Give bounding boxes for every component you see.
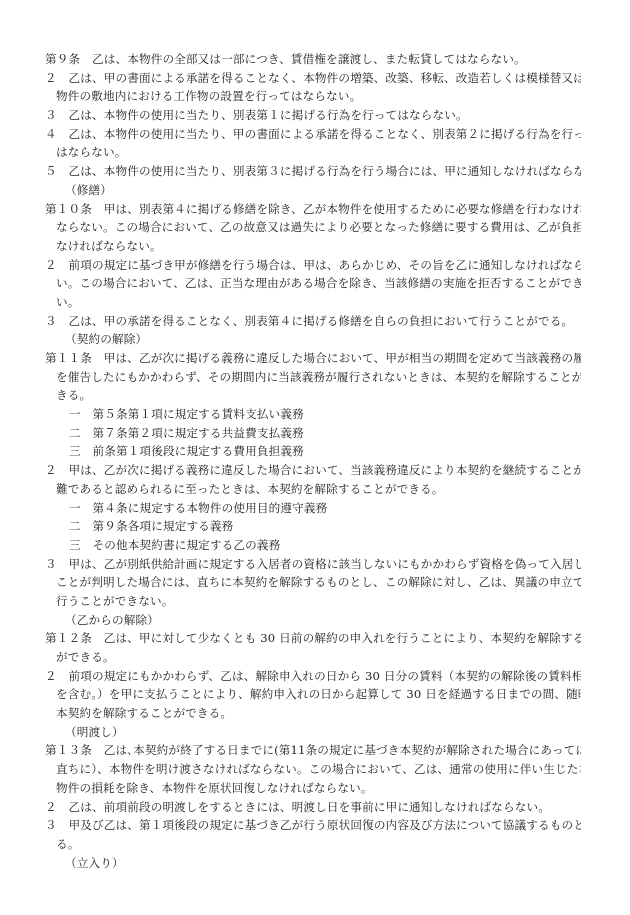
document-line: ２ 乙は、甲の書面による承諾を得ることなく、本物件の増築、改築、移転、改造若しく… [45,69,581,88]
document-line: る。 [45,835,581,854]
section-heading: （乙からの解除） [45,611,581,630]
section-heading: （明渡し） [45,723,581,742]
document-line: 行うことができない。 [45,592,581,611]
document-line: い。 [45,293,581,312]
document-line: 第１０条 甲は、別表第４に掲げる修繕を除き、乙が本物件を使用するために必要な修繕… [45,200,581,219]
document-line: 第１２条 乙は、甲に対して少なくとも 30 日前の解約の申入れを行うことにより、… [45,629,581,648]
document-line: 第１３条 乙は､本契約が終了する日までに(第11条の規定に基づき本契約が解除され… [45,741,581,760]
document-line: ３ 甲及び乙は、第１項後段の規定に基づき乙が行う原状回復の内容及び方法について協… [45,816,581,835]
document-line: ２ 乙は、前項前段の明渡しをするときには、明渡し日を事前に甲に通知しなければなら… [45,798,581,817]
document-line: 本契約を解除することができる。 [45,704,581,723]
document-line: 一 第４条に規定する本物件の使用目的遵守義務 [45,499,581,518]
document-line: ３ 甲は、乙が別紙供給計画に規定する入居者の資格に該当しないにもかかわらず資格を… [45,555,581,574]
contract-document: 第９条 乙は、本物件の全部又は一部につき、賃借権を譲渡し、また転貸してはならない… [45,50,581,872]
section-heading: （修繕） [45,181,581,200]
document-line: ３ 乙は、本物件の使用に当たり、別表第１に掲げる行為を行ってはならない。 [45,106,581,125]
document-line: 三 その他本契約書に規定する乙の義務 [45,536,581,555]
document-line: ５ 乙は、本物件の使用に当たり、別表第３に掲げる行為を行う場合には、甲に通知しな… [45,162,581,181]
document-line: ２ 前項の規定にもかかわらず、乙は、解除申入れの日から 30 日分の賃料（本契約… [45,667,581,686]
document-line: い。この場合において、乙は、正当な理由がある場合を除き、当該修繕の実施を拒否する… [45,274,581,293]
document-line: 一 第５条第１項に規定する賃料支払い義務 [45,405,581,424]
document-line: ができる。 [45,648,581,667]
document-line: ２ 前項の規定に基づき甲が修繕を行う場合は、甲は、あらかじめ、その旨を乙に通知し… [45,256,581,275]
document-line: なければならない。 [45,237,581,256]
document-line: ４ 乙は、本物件の使用に当たり、甲の書面による承諾を得ることなく、別表第２に掲げ… [45,125,581,144]
section-heading: （契約の解除） [45,330,581,349]
document-line: 二 第９条各項に規定する義務 [45,517,581,536]
document-line: を含む。）を甲に支払うことにより、解約申入れの日から起算して 30 日を経過する… [45,685,581,704]
document-line: 二 第７条第２項に規定する共益費支払義務 [45,424,581,443]
document-line: 物件の敷地内における工作物の設置を行ってはならない。 [45,87,581,106]
document-line: 難であると認められるに至ったときは、本契約を解除することができる。 [45,480,581,499]
document-line: 物件の損耗を除き、本物件を原状回復しなければならない。 [45,779,581,798]
document-line: 直ちに）、本物件を明け渡さなければならない。この場合において、乙は、通常の使用に… [45,760,581,779]
document-line: ３ 乙は、甲の承諾を得ることなく、別表第４に掲げる修繕を自らの負担において行うこ… [45,312,581,331]
document-line: ことが判明した場合には、直ちに本契約を解除するものとし、この解除に対し、乙は、異… [45,573,581,592]
document-line: 第９条 乙は、本物件の全部又は一部につき、賃借権を譲渡し、また転貸してはならない… [45,50,581,69]
document-line: 三 前条第１項後段に規定する費用負担義務 [45,442,581,461]
document-line: ならない。この場合において、乙の故意又は過失により必要となった修繕に要する費用は… [45,218,581,237]
document-line: きる。 [45,386,581,405]
section-heading: （立入り） [45,854,581,873]
document-line: はならない。 [45,143,581,162]
document-line: を催告したにもかかわらず、その期間内に当該義務が履行されないときは、本契約を解除… [45,368,581,387]
document-line: ２ 甲は、乙が次に掲げる義務に違反した場合において、当該義務違反により本契約を継… [45,461,581,480]
document-line: 第１１条 甲は、乙が次に掲げる義務に違反した場合において、甲が相当の期間を定めて… [45,349,581,368]
